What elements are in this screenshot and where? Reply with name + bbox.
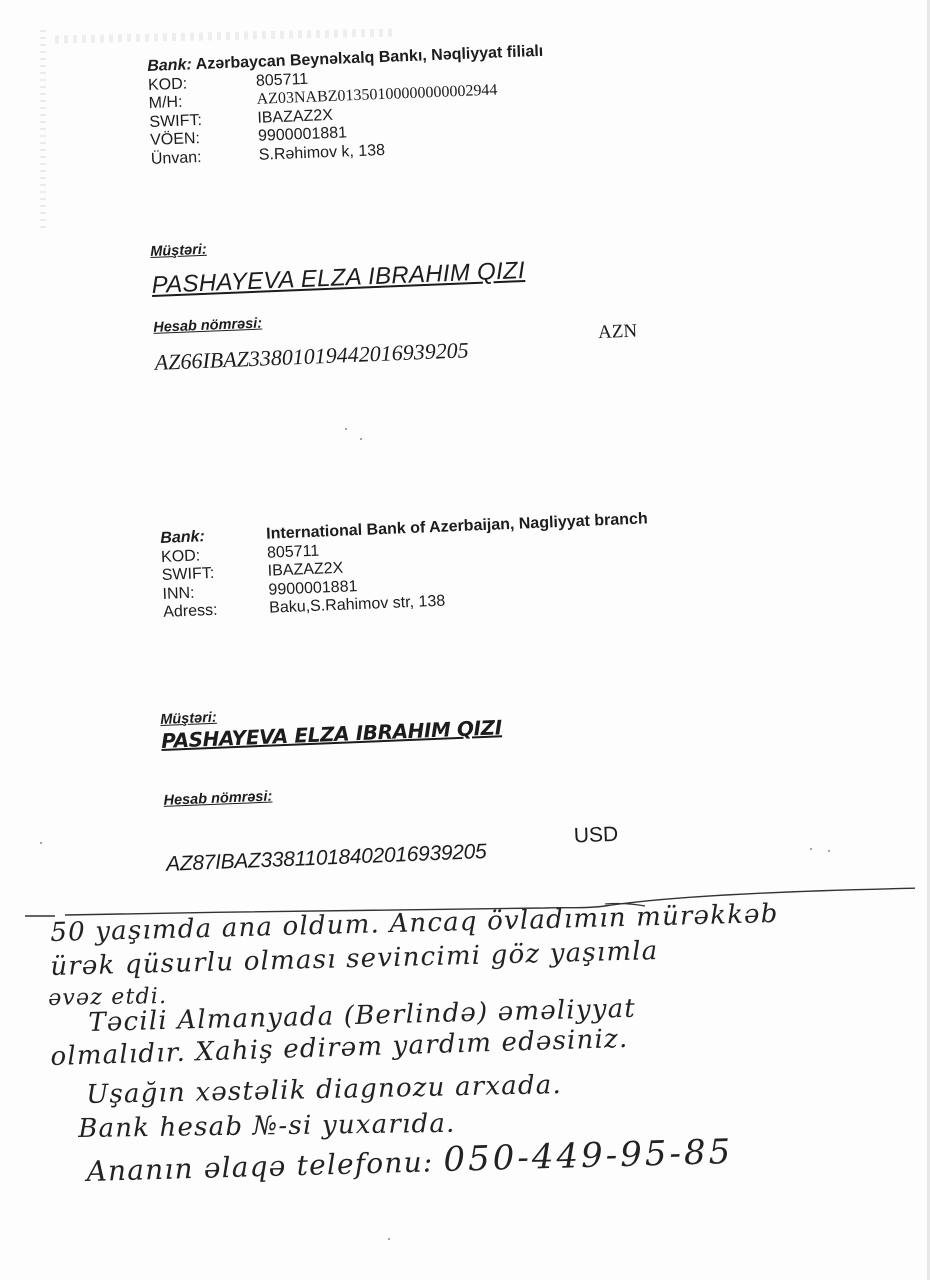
field-value: 805711: [267, 542, 320, 563]
account-currency: USD: [573, 823, 618, 849]
note-line: Uşağın xəstəlik diagnozu arxada.: [86, 1070, 562, 1110]
bank-label: Bank:: [147, 56, 192, 76]
field-label: Ünvan:: [151, 146, 260, 169]
scanned-document-page: Bank: Azərbaycan Beynəlxalq Bankı, Nəqli…: [0, 0, 930, 1280]
scan-speck: [810, 848, 812, 850]
client-name: PASHAYEVA ELZA IBRAHIM QIZI: [151, 253, 635, 300]
account-row: AZ87IBAZ33811018402016939205 USD: [166, 835, 619, 877]
field-value: 805711: [256, 70, 309, 90]
scan-speck: [360, 438, 362, 440]
bank-details-az: Bank: Azərbaycan Beynəlxalq Bankı, Nəqli…: [147, 43, 547, 169]
note-line: Bank hesab №-si yuxarıda.: [78, 1109, 456, 1144]
account-label: Hesab nömrəsi:: [153, 301, 636, 336]
account-number: AZ87IBAZ33811018402016939205: [166, 840, 487, 877]
contact-phone: 050-449-95-85: [443, 1132, 734, 1180]
account-label: Hesab nömrəsi:: [163, 775, 616, 809]
account-row: AZ66IBAZ33801019442016939205 AZN: [154, 331, 638, 376]
scan-speck: [345, 428, 347, 430]
client-account-azn: Müştəri: PASHAYEVA ELZA IBRAHIM QIZI Hes…: [150, 225, 638, 376]
scan-artifact-top: [55, 28, 395, 43]
scan-speck: [388, 1238, 390, 1240]
field-value: S.Rəhimov k, 138: [258, 141, 385, 164]
account-number: AZ66IBAZ33801019442016939205: [154, 337, 469, 376]
bank-details-en: Bank: International Bank of Azerbaijan, …: [160, 510, 651, 622]
contact-label: Ananın əlaqə telefonu:: [86, 1145, 434, 1188]
client-account-usd: Müştəri: PASHAYEVA ELZA IBRAHIM QIZI Hes…: [160, 694, 619, 877]
scan-speck: [40, 842, 42, 844]
scan-speck: [828, 850, 830, 852]
account-currency: AZN: [598, 321, 638, 345]
scan-artifact-left: [40, 30, 46, 230]
field-label: Adress:: [163, 600, 270, 623]
